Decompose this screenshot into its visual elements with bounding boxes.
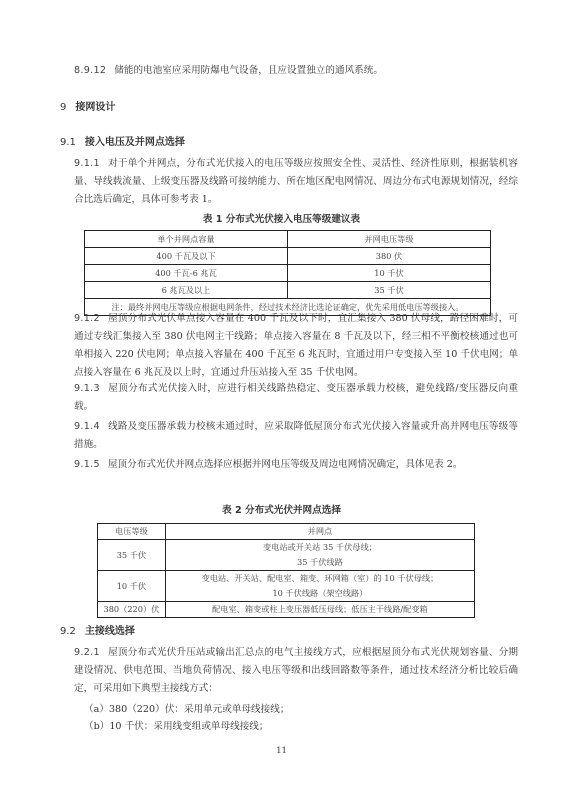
table-cell-voltage: 10 千伏 (98, 571, 166, 602)
clause-9-1-2: 9.1.2屋顶分布式光伏单点接入容量在 400 千瓦及以下时，宜汇集接入 380… (74, 310, 518, 382)
clause-number: 9.1.4 (74, 421, 100, 432)
section-heading-9-2: 9.2主接线选择 (60, 622, 135, 637)
point-line: 10 千伏线路（架空线路） (166, 586, 474, 601)
clause-8-9-12: 8.9.12储能的电池室应采用防爆电气设备，且应设置独立的通风系统。 (74, 62, 518, 80)
list-item-b: （b）10 千伏：采用线变组或单母线接线； (84, 719, 269, 735)
section-number: 9.1 (60, 137, 76, 148)
table-row: 10 千伏 变电站、开关站、配电室、箱变、环网箱（室）的 10 千伏母线； 10… (98, 571, 475, 602)
table-cell: 400 千瓦及以下 (85, 248, 288, 265)
point-line: 变电站或开关站 35 千伏母线； (166, 540, 474, 555)
point-line: 配电室、箱变或柱上变压器低压母线；低压主干线路/配变箱 (166, 602, 474, 617)
clause-text: 对于单个并网点，分布式光伏接入的电压等级应按照安全性、灵活性、经济性原则，根据装… (74, 158, 518, 205)
clause-number: 9.2.1 (74, 647, 100, 658)
table-1: 单个并网点容量 并网电压等级 400 千瓦及以下 380 伏 400 千瓦-6 … (84, 230, 491, 316)
table-cell-points: 配电室、箱变或柱上变压器低压母线；低压主干线路/配变箱 (165, 602, 474, 618)
section-number: 9.2 (60, 626, 76, 637)
table-cell: 400 千瓦-6 兆瓦 (85, 265, 288, 282)
section-title: 接入电压及并网点选择 (85, 137, 185, 148)
clause-9-1-1: 9.1.1对于单个并网点，分布式光伏接入的电压等级应按照安全性、灵活性、经济性原… (74, 155, 518, 209)
clause-number: 9.1.1 (74, 158, 100, 169)
clause-number: 9.1.5 (74, 459, 100, 470)
table-row: 400 千瓦-6 兆瓦 10 千伏 (85, 265, 491, 282)
section-heading-9-1: 9.1接入电压及并网点选择 (60, 133, 185, 148)
page-number: 11 (0, 746, 563, 756)
list-item-a: （a）380（220）伏：采用单元或单母线接线； (84, 702, 289, 718)
section-heading-9: 9接网设计 (60, 98, 115, 113)
table-row: 400 千瓦及以下 380 伏 (85, 248, 491, 265)
clause-number: 8.9.12 (74, 65, 106, 76)
section-title: 接网设计 (75, 102, 115, 113)
table-header-cell: 单个并网点容量 (85, 231, 288, 248)
table-header-row: 单个并网点容量 并网电压等级 (85, 231, 491, 248)
table-row: 6 兆瓦及以上 35 千伏 (85, 282, 491, 299)
clause-text: 屋顶分布式光伏并网点选择应根据并网电压等级及周边电网情况确定，具体见表 2。 (108, 459, 463, 470)
section-number: 9 (60, 102, 66, 113)
table-2: 电压等级 并网点 35 千伏 变电站或开关站 35 千伏母线； 35 千伏线路 … (97, 523, 475, 618)
clause-9-1-4: 9.1.4线路及变压器承载力校核未通过时，应采取降低屋顶分布式光伏接入容量或升高… (74, 418, 518, 454)
table-cell-voltage: 35 千伏 (98, 540, 166, 571)
table-row: 35 千伏 变电站或开关站 35 千伏母线； 35 千伏线路 (98, 540, 475, 571)
table-cell-voltage: 380（220）伏 (98, 602, 166, 618)
clause-9-2-1: 9.2.1屋顶分布式光伏升压站或输出汇总点的电气主接线方式，应根据屋顶分布式光伏… (74, 644, 518, 698)
clause-9-1-5: 9.1.5屋顶分布式光伏并网点选择应根据并网电压等级及周边电网情况确定，具体见表… (74, 456, 518, 474)
table-2-caption: 表 2 分布式光伏并网点选择 (0, 502, 563, 516)
section-title: 主接线选择 (85, 626, 135, 637)
clause-text: 屋顶分布式光伏升压站或输出汇总点的电气主接线方式，应根据屋顶分布式光伏规划容量、… (74, 647, 518, 694)
table-cell-points: 变电站、开关站、配电室、箱变、环网箱（室）的 10 千伏母线； 10 千伏线路（… (165, 571, 474, 602)
clause-text: 线路及变压器承载力校核未通过时，应采取降低屋顶分布式光伏接入容量或升高并网电压等… (74, 421, 518, 450)
clause-number: 9.1.3 (74, 383, 100, 394)
table-header-row: 电压等级 并网点 (98, 524, 475, 540)
table-row: 380（220）伏 配电室、箱变或柱上变压器低压母线；低压主干线路/配变箱 (98, 602, 475, 618)
table-header-cell: 并网电压等级 (288, 231, 491, 248)
table-cell: 35 千伏 (288, 282, 491, 299)
clause-9-1-3: 9.1.3屋顶分布式光伏接入时，应进行相关线路热稳定、变压器承载力校核，避免线路… (74, 380, 518, 416)
clause-text: 储能的电池室应采用防爆电气设备，且应设置独立的通风系统。 (114, 65, 383, 76)
clause-number: 9.1.2 (74, 313, 100, 324)
point-line: 35 千伏线路 (166, 555, 474, 570)
table-cell: 10 千伏 (288, 265, 491, 282)
point-line: 变电站、开关站、配电室、箱变、环网箱（室）的 10 千伏母线； (166, 571, 474, 586)
table-header-cell: 并网点 (165, 524, 474, 540)
table-cell: 380 伏 (288, 248, 491, 265)
table-cell-points: 变电站或开关站 35 千伏母线； 35 千伏线路 (165, 540, 474, 571)
table-cell: 6 兆瓦及以上 (85, 282, 288, 299)
clause-text: 屋顶分布式光伏单点接入容量在 400 千瓦及以下时，宜汇集接入 380 伏母线，… (74, 313, 518, 378)
table-header-cell: 电压等级 (98, 524, 166, 540)
table-1-caption: 表 1 分布式光伏接入电压等级建议表 (0, 211, 563, 225)
clause-text: 屋顶分布式光伏接入时，应进行相关线路热稳定、变压器承载力校核，避免线路/变压器反… (74, 383, 518, 412)
